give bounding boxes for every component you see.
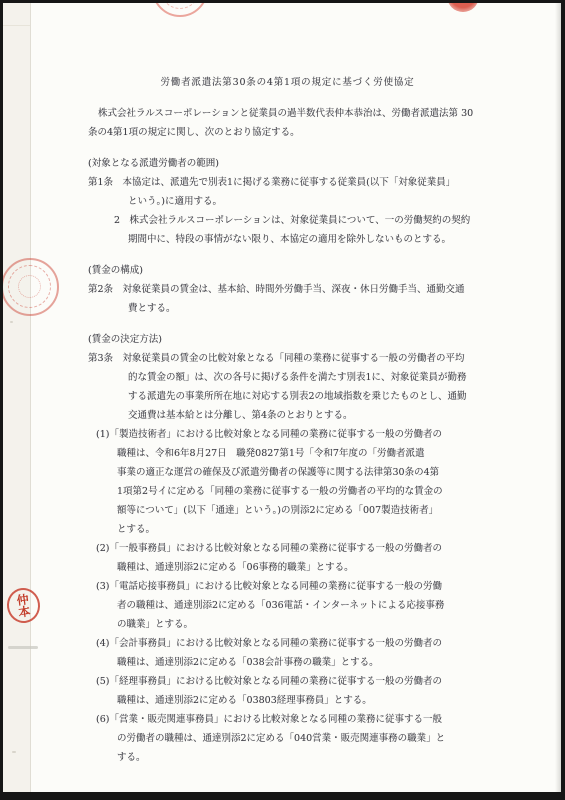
article-3-line: 事業の適正な運営の確保及び派遣労働者の保護等に関する法律第30条の4第 xyxy=(88,463,487,482)
heading-wage-composition-line: (賃金の構成) xyxy=(88,261,487,280)
article-3-line: する。 xyxy=(88,748,487,767)
article-3-line: 的な賃金の額」は、次の各号に掲げる条件を満たす別表1に、対象従業員が勤務 xyxy=(88,368,487,387)
heading-wage-composition: (賃金の構成) xyxy=(88,261,487,280)
article-3-line: 職種は、通達別添2に定める「038会計事務の職業」とする。 xyxy=(88,653,487,672)
article-3-line: 交通費は基本給とは分離し、第4条のとおりとする。 xyxy=(88,406,487,425)
scan-speck xyxy=(12,751,16,753)
article-3-line: 職種は、通達別添2に定める「06事務的職業」とする。 xyxy=(88,558,487,577)
article-2: 第2条 対象従業員の賃金は、基本給、時間外労働手当、深夜・休日労働手当、通勤交通… xyxy=(88,280,487,318)
article-2-line: 費とする。 xyxy=(88,299,487,318)
article-1-line: 第1条 本協定は、派遣先で別表1に掲げる業務に従事する従業員(以下「対象従業員」 xyxy=(88,173,487,192)
article-1: 第1条 本協定は、派遣先で別表1に掲げる業務に従事する従業員(以下「対象従業員」… xyxy=(88,173,487,249)
document-title: 労働者派遣法第30条の4第1項の規定に基づく労使協定 xyxy=(88,73,487,92)
article-3-line: (2)「一般事務員」における比較対象となる同種の業務に従事する一般の労働者の xyxy=(88,539,487,558)
article-3-line: 職種は、令和6年8月27日 職発0827第1号「令和7年度の「労働者派遣 xyxy=(88,444,487,463)
heading-wage-determination-line: (賃金の決定方法) xyxy=(88,330,487,349)
heading-scope: (対象となる派遣労働者の範囲) xyxy=(88,154,487,173)
article-3-line: 者の職種は、通達別添2に定める「036電話・インターネットによる応接事務 xyxy=(88,596,487,615)
document-body: 株式会社ラルスコーポレーションと従業員の過半数代表仲本恭治は、労働者派遣法第 3… xyxy=(88,104,487,767)
article-3-line: (4)「会計事務員」における比較対象となる同種の業務に従事する一般の労働者の xyxy=(88,634,487,653)
scanned-document: 仲 本 労働者派遣法第30条の4第1項の規定に基づく労使協定 株式会社ラルスコー… xyxy=(0,0,565,800)
article-1-line: 2 株式会社ラルスコーポレーションは、対象従業員について、一の労働契約の契約 xyxy=(88,211,487,230)
article-3-line: (1)「製造技術者」における比較対象となる同種の業務に従事する一般の労働者の xyxy=(88,425,487,444)
article-3-line: の労働者の職種は、通達別添2に定める「040営業・販売関連事務の職業」と xyxy=(88,729,487,748)
scan-speck xyxy=(10,321,13,323)
hanko-character-bottom: 本 xyxy=(18,605,32,619)
article-3-line: 1項第2号イに定める「同種の業務に従事する一般の労働者の平均的な賃金の xyxy=(88,482,487,501)
article-2-line: 第2条 対象従業員の賃金は、基本給、時間外労働手当、深夜・休日労働手当、通勤交通 xyxy=(88,280,487,299)
document-page: 仲 本 労働者派遣法第30条の4第1項の規定に基づく労使協定 株式会社ラルスコー… xyxy=(3,3,561,792)
article-3-line: (6)「営業・販売関連事務員」における比較対象となる同種の業務に従事する一般 xyxy=(88,710,487,729)
scan-edge-strip xyxy=(3,3,31,792)
article-3-line: 額等について」(以下「通達」という。)の別添2に定める「007製造技術者」 xyxy=(88,501,487,520)
intro-paragraph-line: 条の4第1項の規定に関し、次のとおり協定する。 xyxy=(88,123,487,142)
document-content: 労働者派遣法第30条の4第1項の規定に基づく労使協定 株式会社ラルスコーポレーシ… xyxy=(31,3,561,792)
article-3-line: 第3条 対象従業員の賃金の比較対象となる「同種の業務に従事する一般の労働者の平均 xyxy=(88,349,487,368)
article-3-line: (5)「経理事務員」における比較対象となる同種の業務に従事する一般の労働者の xyxy=(88,672,487,691)
article-3-line: の職業」とする。 xyxy=(88,615,487,634)
intro-paragraph-line: 株式会社ラルスコーポレーションと従業員の過半数代表仲本恭治は、労働者派遣法第 3… xyxy=(88,104,487,123)
intro-paragraph: 株式会社ラルスコーポレーションと従業員の過半数代表仲本恭治は、労働者派遣法第 3… xyxy=(88,104,487,142)
article-1-line: 期間中に、特段の事情がない限り、本協定の適用を除外しないものとする。 xyxy=(88,230,487,249)
article-3-line: する派遣先の事業所所在地に対応する別表2の地域指数を乗じたものとし、通勤 xyxy=(88,387,487,406)
article-3-line: (3)「電話応接事務員」における比較対象となる同種の業務に従事する一般の労働 xyxy=(88,577,487,596)
heading-wage-determination: (賃金の決定方法) xyxy=(88,330,487,349)
article-1-line: という。)に適用する。 xyxy=(88,192,487,211)
article-3-line: とする。 xyxy=(88,520,487,539)
heading-scope-line: (対象となる派遣労働者の範囲) xyxy=(88,154,487,173)
article-3: 第3条 対象従業員の賃金の比較対象となる「同種の業務に従事する一般の労働者の平均… xyxy=(88,349,487,767)
article-3-line: 職種は、通達別添2に定める「03803経理事務員」とする。 xyxy=(88,691,487,710)
